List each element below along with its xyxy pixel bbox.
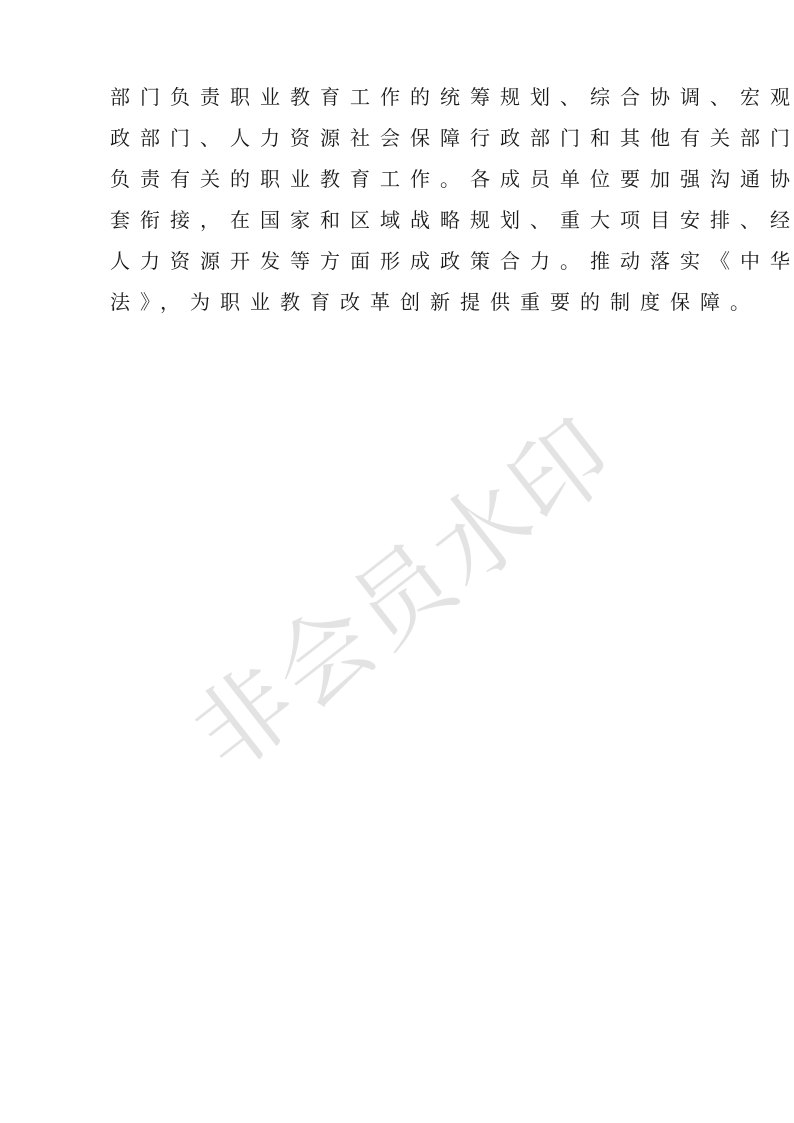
paragraph-line-5: 人力资源开发等方面形成政策合力。推动落实《中华人民共和国职业教育 (110, 246, 714, 287)
paragraph-line-2: 政部门、人力资源社会保障行政部门和其他有关部门在职责范围内，分别 (110, 123, 714, 164)
paragraph-line-3: 负责有关的职业教育工作。各成员单位要加强沟通协调，做好相关政策配 (110, 164, 714, 205)
document-page: 部门负责职业教育工作的统筹规划、综合协调、宏观管理，国务院教育行 政部门、人力资… (0, 0, 794, 1123)
paragraph-line-6: 法》，为职业教育改革创新提供重要的制度保障。 (110, 287, 714, 328)
paragraph-line-1: 部门负责职业教育工作的统筹规划、综合协调、宏观管理，国务院教育行 (110, 82, 714, 123)
watermark: 非会员水印 (153, 374, 647, 802)
body-paragraph: 部门负责职业教育工作的统筹规划、综合协调、宏观管理，国务院教育行 政部门、人力资… (110, 82, 714, 328)
paragraph-line-4: 套衔接，在国家和区域战略规划、重大项目安排、经费投入、企业办学、 (110, 205, 714, 246)
